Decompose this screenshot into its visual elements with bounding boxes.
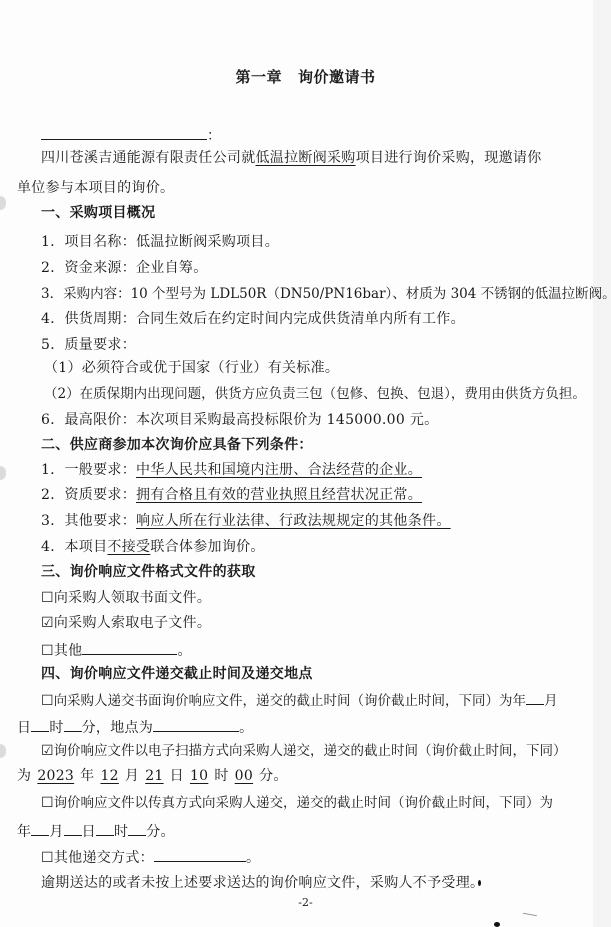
checkbox-unchecked-icon: ☐: [41, 795, 54, 811]
ink-speck: [478, 880, 481, 886]
option-label: 其他递交方式：: [54, 850, 154, 866]
binding-hole-mark: [0, 466, 6, 480]
period: 。: [177, 643, 191, 659]
blank: [64, 820, 82, 836]
blank: [64, 716, 82, 732]
month-label: 月: [544, 693, 558, 709]
section-heading-2: 二、供应商参加本次询价应具备下列条件：: [41, 435, 313, 455]
requirement-value: 拥有合格且有效的营业执照且经营状况正常。: [136, 487, 422, 503]
section-heading-4: 四、询价响应文件递交截止时间及递交地点: [41, 664, 313, 684]
submission-option-paper: ☐向采购人递交书面询价响应文件，递交的截止时间（询价截止时间，下同）为年月: [41, 689, 558, 711]
hour-label: 时: [114, 824, 128, 840]
blank: [31, 716, 49, 732]
chapter-name: 询价邀请书: [298, 68, 376, 86]
checkbox-unchecked-icon: ☐: [41, 850, 54, 866]
procurement-content-item: 3．采购内容：10 个型号为 LDL50R（DN50/PN16bar）、材质为 …: [41, 284, 611, 304]
checkbox-unchecked-icon: ☐: [41, 590, 54, 606]
consortium-text: 4．本项目: [41, 539, 107, 555]
submission-option-paper-continued: 日时分，地点为。: [17, 716, 253, 738]
deadline-hour: 10: [184, 768, 214, 784]
supply-period-item: 4．供货周期：合同生效后在约定时间内完成供货清单内所有工作。: [41, 309, 465, 329]
deadline-month: 12: [94, 768, 124, 784]
day-label: 日: [170, 768, 184, 784]
not-accepted: 不接受: [107, 539, 150, 555]
option-paper-file: ☐向采购人领取书面文件。: [41, 588, 211, 608]
submission-option-fax-continued: 年月日时分。: [17, 820, 175, 842]
consortium-text: 联合体参加询价。: [150, 539, 264, 555]
chapter-number: 第一章: [235, 68, 282, 86]
minute-location-label: 分，地点为: [82, 720, 154, 736]
requirement-label: 1．一般要求：: [41, 462, 136, 478]
intro-text: 四川苍溪吉通能源有限责任公司就: [41, 150, 256, 166]
year-label: 年: [17, 824, 31, 840]
blank: [96, 820, 114, 836]
intro-paragraph: 四川苍溪吉通能源有限责任公司就低温拉断阀采购项目进行询价采购，现邀请你: [41, 148, 542, 168]
funding-source-item: 2．资金来源：企业自筹。: [41, 258, 208, 278]
period: 。: [239, 720, 253, 736]
max-price-item: 6．最高限价：本次项目采购最高投标限价为 145000.00 元。: [41, 410, 438, 430]
requirement-value: 中华人民共和国境内注册、合法经营的企业。: [136, 462, 422, 478]
closing-statement: 逾期送达的或者未按上述要求送达的询价响应文件，采购人不予受理。: [41, 873, 484, 893]
deadline-day: 21: [139, 768, 169, 784]
intro-text: 项目进行询价采购，现邀请你: [356, 150, 542, 166]
day-label: 日: [17, 720, 31, 736]
chapter-title: 第一章询价邀请书: [0, 66, 611, 87]
year-label: 年: [80, 768, 94, 784]
document-page: 第一章询价邀请书 ： 四川苍溪吉通能源有限责任公司就低温拉断阀采购项目进行询价采…: [0, 0, 611, 927]
submission-deadline: 为2023年12月21日10时00分。: [17, 766, 288, 786]
salutation-line: ：: [41, 124, 221, 146]
section-heading-1: 一、采购项目概况: [41, 203, 155, 223]
quality-requirements-item: 5．质量要求：: [41, 335, 136, 355]
requirement-value: 响应人所在行业法律、行政法规规定的其他条件。: [136, 513, 451, 529]
checkbox-unchecked-icon: ☐: [41, 693, 54, 709]
hour-label: 时: [49, 720, 63, 736]
submission-option-fax: ☐询价响应文件以传真方式向采购人递交，递交的截止时间（询价截止时间，下同）为: [41, 793, 553, 813]
option-text: 询价响应文件以电子扫描方式向采购人递交，递交的截止时间（询价截止时间，下同）: [54, 743, 567, 759]
wei-text: 为: [17, 768, 31, 784]
qualification-requirement: 2．资质要求：拥有合格且有效的营业执照且经营状况正常。: [41, 485, 422, 505]
other-requirement: 3．其他要求：响应人所在行业法律、行政法规规定的其他条件。: [41, 511, 451, 531]
submission-option-electronic: ☑询价响应文件以电子扫描方式向采购人递交，递交的截止时间（询价截止时间，下同）: [41, 741, 567, 761]
checkbox-checked-icon: ☑: [41, 615, 54, 631]
ink-speck: [494, 922, 500, 927]
other-blank: [82, 639, 177, 655]
location-blank: [153, 716, 239, 732]
scan-edge: [593, 0, 611, 927]
minute-label: 分。: [259, 768, 288, 784]
submission-option-other: ☐其他递交方式：。: [41, 846, 260, 868]
quality-requirement-1: （1）必须符合或优于国家（行业）有关标准。: [44, 358, 339, 378]
option-label: 向采购人领取书面文件。: [54, 590, 211, 606]
option-other: ☐其他。: [41, 639, 192, 661]
checkbox-unchecked-icon: ☐: [41, 643, 54, 659]
period: 。: [246, 850, 260, 866]
recipient-blank: [41, 124, 207, 140]
blank: [31, 820, 49, 836]
option-label: 其他: [54, 643, 83, 659]
scan-artifact: [523, 913, 537, 916]
option-label: 向采购人索取电子文件。: [54, 615, 211, 631]
section-heading-3: 三、询价响应文件格式文件的获取: [41, 562, 256, 582]
requirement-label: 2．资质要求：: [41, 487, 136, 503]
option-text: 询价响应文件以传真方式向采购人递交，递交的截止时间（询价截止时间，下同）为: [54, 795, 554, 811]
minute-label: 分。: [146, 824, 175, 840]
blank: [526, 689, 544, 705]
deadline-minute: 00: [229, 768, 259, 784]
hour-label: 时: [214, 768, 228, 784]
deadline-year: 2023: [31, 768, 80, 784]
consortium-item: 4．本项目不接受联合体参加询价。: [41, 537, 265, 557]
option-electronic-file: ☑向采购人索取电子文件。: [41, 613, 211, 633]
intro-paragraph-continued: 单位参与本项目的询价。: [17, 178, 174, 198]
month-label: 月: [49, 824, 63, 840]
checkbox-checked-icon: ☑: [41, 743, 54, 759]
binding-hole-mark: [0, 196, 6, 210]
quality-requirement-2: （2）在质保期内出现问题，供货方应负责三包（包修、包换、包退），费用由供货方负担…: [44, 384, 586, 404]
project-name-item: 1．项目名称：低温拉断阀采购项目。: [41, 232, 279, 252]
option-text: 向采购人递交书面询价响应文件，递交的截止时间（询价截止时间，下同）为年: [54, 693, 527, 709]
project-name: 低温拉断阀采购: [256, 150, 356, 166]
page-number: -2-: [0, 896, 611, 909]
month-label: 月: [125, 768, 139, 784]
colon: ：: [207, 128, 221, 144]
binding-hole-mark: [0, 744, 6, 758]
day-label: 日: [82, 824, 96, 840]
other-method-blank: [154, 846, 246, 862]
requirement-label: 3．其他要求：: [41, 513, 136, 529]
blank: [128, 820, 146, 836]
general-requirement: 1．一般要求：中华人民共和国境内注册、合法经营的企业。: [41, 460, 422, 480]
